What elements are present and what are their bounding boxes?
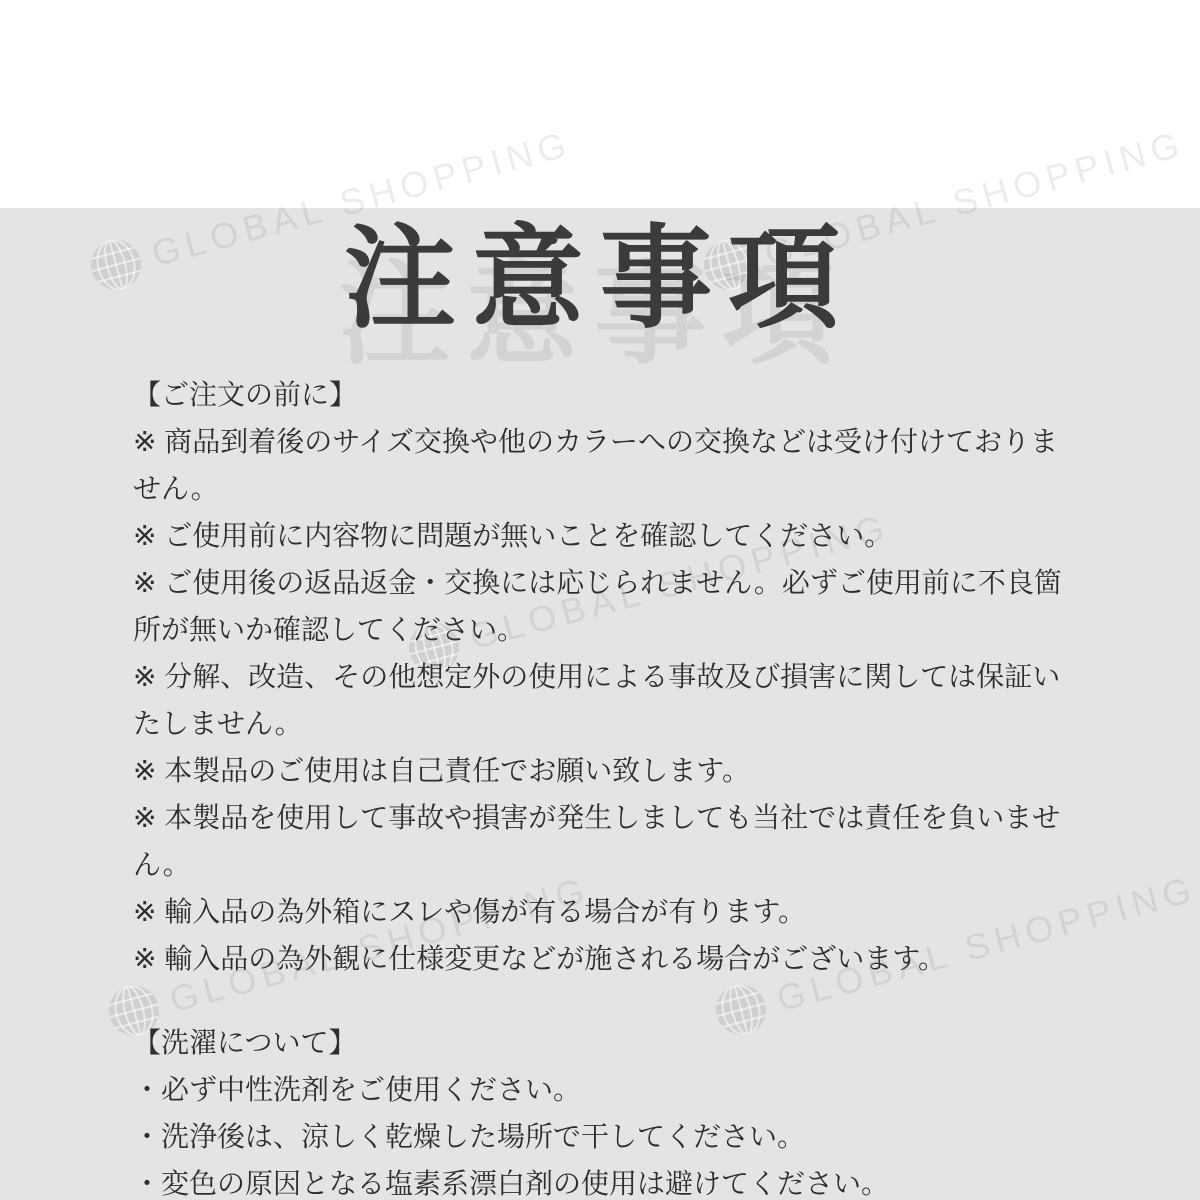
notice-item: ・必ず中性洗剤をご使用ください。: [133, 1066, 1081, 1113]
notice-content: 【ご注文の前に】 ※ 商品到着後のサイズ交換や他のカラーへの交換などは受け付けて…: [133, 371, 1081, 1200]
page-title: 注意事項: [0, 223, 1200, 335]
section-washing: 【洗濯について】 ・必ず中性洗剤をご使用ください。 ・洗浄後は、涼しく乾燥した場…: [133, 1019, 1081, 1200]
notice-page: { "page": { "title": "注意事項", "colors": {…: [0, 0, 1200, 1200]
washing-list: ・必ず中性洗剤をご使用ください。 ・洗浄後は、涼しく乾燥した場所で干してください…: [133, 1066, 1081, 1200]
pre-order-list: ※ 商品到着後のサイズ交換や他のカラーへの交換などは受け付けておりません。 ※ …: [133, 418, 1081, 982]
notice-item: ・変色の原因となる塩素系漂白剤の使用は避けてください。: [133, 1160, 1081, 1200]
notice-item: ・洗浄後は、涼しく乾燥した場所で干してください。: [133, 1113, 1081, 1160]
section-heading-pre-order: 【ご注文の前に】: [133, 371, 1081, 418]
section-pre-order: 【ご注文の前に】 ※ 商品到着後のサイズ交換や他のカラーへの交換などは受け付けて…: [133, 371, 1081, 982]
notice-item: ※ 本製品を使用して事故や損害が発生しましても当社では責任を負いません。: [133, 794, 1081, 888]
notice-item: ※ 本製品のご使用は自己責任でお願い致します。: [133, 747, 1081, 794]
section-heading-washing: 【洗濯について】: [133, 1019, 1081, 1066]
notice-item: ※ 分解、改造、その他想定外の使用による事故及び損害に関しては保証いたしません。: [133, 653, 1081, 747]
notice-item: ※ 輸入品の為外箱にスレや傷が有る場合が有ります。: [133, 888, 1081, 935]
notice-item: ※ ご使用後の返品返金・交換には応じられません。必ずご使用前に不良箇所が無いか確…: [133, 559, 1081, 653]
notice-item: ※ ご使用前に内容物に問題が無いことを確認してください。: [133, 512, 1081, 559]
notice-item: ※ 輸入品の為外観に仕様変更などが施される場合がございます。: [133, 935, 1081, 982]
notice-item: ※ 商品到着後のサイズ交換や他のカラーへの交換などは受け付けておりません。: [133, 418, 1081, 512]
